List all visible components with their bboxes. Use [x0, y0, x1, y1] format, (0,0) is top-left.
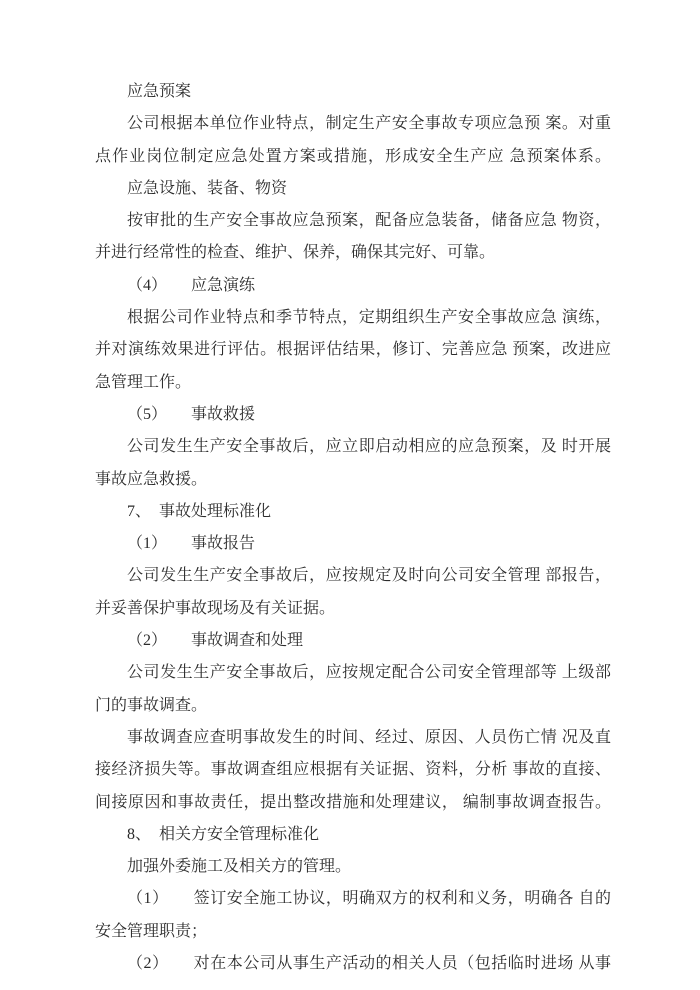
body-line: 并对演练效果进行评估。根据评估结果，修订、完善应急 预案，改进应	[95, 334, 611, 366]
body-line: 公司根据本单位作业特点，制定生产安全事故专项应急预 案。对重	[95, 108, 611, 140]
body-line: 公司发生生产安全事故后，应按规定及时向公司安全管理 部报告，	[95, 560, 611, 592]
section-heading-7: 7、 事故处理标准化	[95, 496, 611, 528]
body-line: 安全管理职责；	[95, 916, 611, 948]
body-line: 点作业岗位制定应急处置方案或措施，形成安全生产应 急预案体系。	[95, 141, 611, 173]
body-line: 急管理工作。	[95, 367, 611, 399]
list-item-2-related-personnel: （2） 对在本公司从事生产活动的相关人员（包括临时进场 从事	[95, 948, 611, 980]
body-line: 按审批的生产安全事故应急预案，配备应急装备，储备应急 物资，	[95, 205, 611, 237]
list-item-1-safety-agreement: （1） 签订安全施工协议，明确双方的权利和义务，明确各 自的	[95, 883, 611, 915]
list-item-5-accident-rescue: （5） 事故救援	[95, 399, 611, 431]
body-line: 并妥善保护事故现场及有关证据。	[95, 593, 611, 625]
body-line: 公司发生生产安全事故后，应按规定配合公司安全管理部等 上级部	[95, 657, 611, 689]
body-line: 事故应急救援。	[95, 464, 611, 496]
body-line: 事故调查应查明事故发生的时间、经过、原因、人员伤亡情 况及直	[95, 722, 611, 754]
document-text-block: 应急预案公司根据本单位作业特点，制定生产安全事故专项应急预 案。对重点作业岗位制…	[95, 76, 611, 980]
body-line: 根据公司作业特点和季节特点，定期组织生产安全事故应急 演练，	[95, 302, 611, 334]
body-line: 加强外委施工及相关方的管理。	[95, 851, 611, 883]
paragraph-title-emergency-plan: 应急预案	[95, 76, 611, 108]
document-page: 应急预案公司根据本单位作业特点，制定生产安全事故专项应急预 案。对重点作业岗位制…	[0, 0, 700, 990]
section-heading-8: 8、 相关方安全管理标准化	[95, 819, 611, 851]
body-line: 间接原因和事故责任，提出整改措施和处理建议， 编制事故调查报告。	[95, 787, 611, 819]
body-line: 公司发生生产安全事故后，应立即启动相应的应急预案，及 时开展	[95, 431, 611, 463]
body-line: 接经济损失等。事故调查组应根据有关证据、资料，分析 事故的直接、	[95, 754, 611, 786]
list-item-2-accident-investigation: （2） 事故调查和处理	[95, 625, 611, 657]
paragraph-title-emergency-equipment: 应急设施、装备、物资	[95, 173, 611, 205]
body-line: 门的事故调查。	[95, 690, 611, 722]
list-item-4-emergency-drill: （4） 应急演练	[95, 270, 611, 302]
list-item-1-accident-report: （1） 事故报告	[95, 528, 611, 560]
body-line: 并进行经常性的检查、维护、保养，确保其完好、可靠。	[95, 237, 611, 269]
